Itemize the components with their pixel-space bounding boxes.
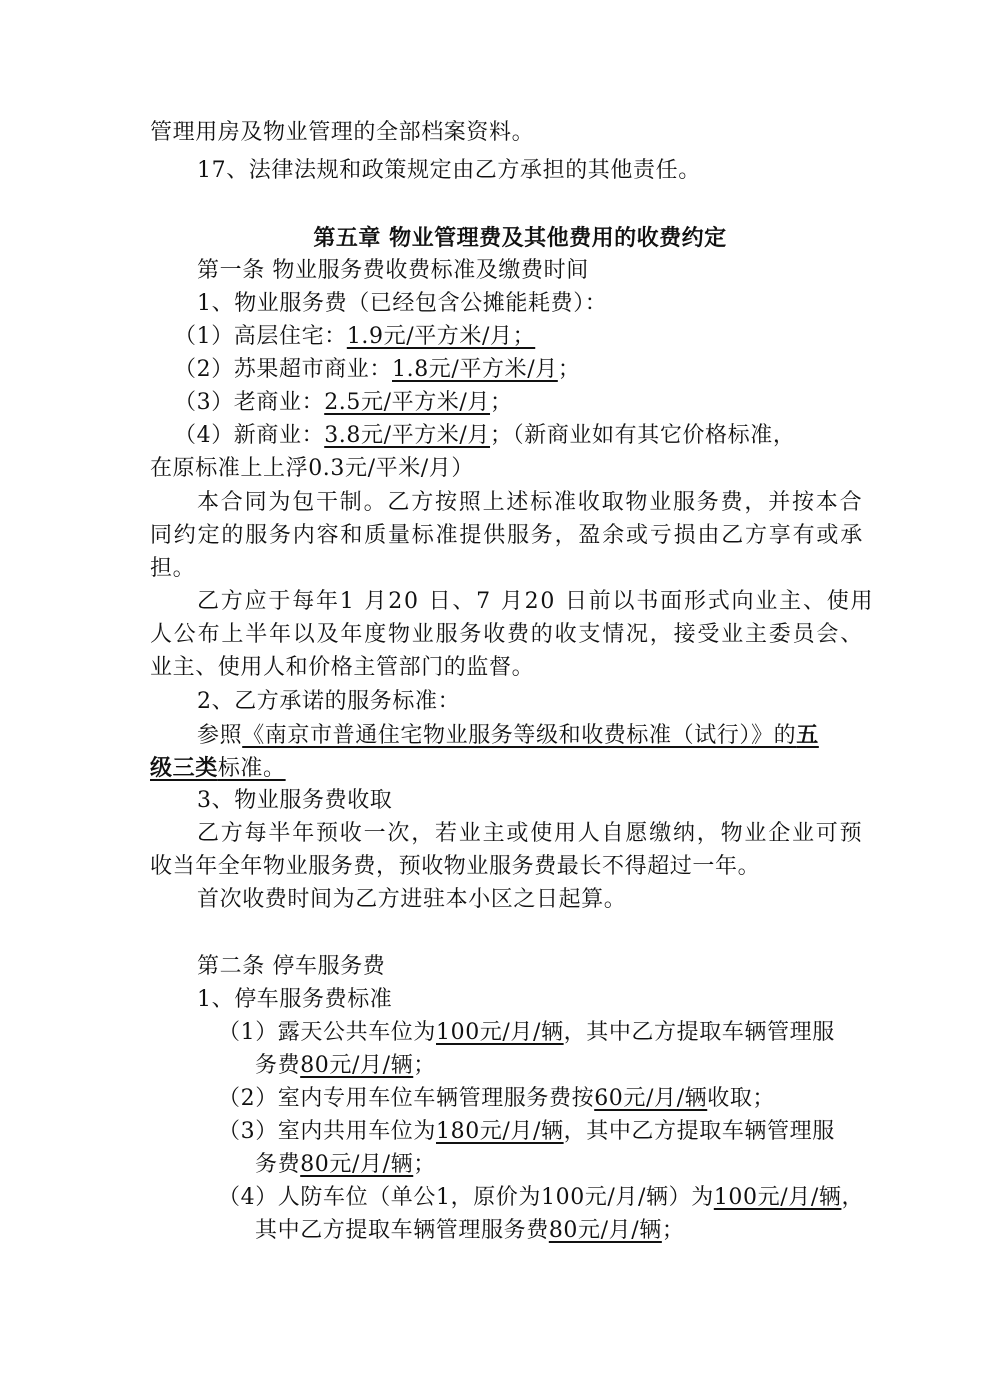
text-line: 管理用房及物业管理的全部档案资料。 [150,118,534,148]
text-tail: 标准。 [218,756,286,781]
fee-suffix: ；（新商业如有其它价格标准， [490,423,795,448]
fee-label: （2）苏果超市商业： [174,357,392,382]
parking-item-civil-defense: （4）人防车位（单公1，原价为100元/月/辆）为100元/月/辆， [218,1183,864,1213]
parking-item-indoor-private: （2）室内专用车位车辆管理服务费按60元/月/辆收取； [218,1084,775,1114]
fee-value: 1.8元/平方米/月 [392,357,558,382]
fee-suffix: ； [558,357,581,382]
section-title: 2、乙方承诺的服务标准： [197,687,460,717]
fee-item-old-commercial: （3）老商业：2.5元/平方米/月； [174,388,513,418]
parking-item-indoor-shared-cont: 务费80元/月/辆； [255,1150,436,1180]
text-line: 收当年全年物业服务费，预收物业服务费最长不得超过一年。 [150,852,760,882]
item-text: 务费 [255,1152,300,1177]
item-text: 务费 [255,1053,300,1078]
section-title: 1、物业服务费（已经包含公摊能耗费）： [197,289,607,319]
text-line: 同约定的服务内容和质量标准提供服务，盈余或亏损由乙方享有或承 [150,521,864,551]
text-prefix: 参照 [197,723,242,748]
item-value: 180元/月/辆 [436,1119,564,1144]
item-value: 80元/月/辆 [300,1053,413,1078]
item-text: 其中乙方提取车辆管理服务费 [255,1218,549,1243]
fee-label: （4）新商业： [174,423,324,448]
item-suffix: ； [413,1152,436,1177]
item-text: ，其中乙方提取车辆管理服 [564,1119,835,1144]
standard-level: 五 [796,722,819,748]
text-line: 业主、使用人和价格主管部门的监督。 [150,653,534,683]
parking-item-civil-defense-cont: 其中乙方提取车辆管理服务费80元/月/辆； [255,1216,684,1246]
parking-item-outdoor-cont: 务费80元/月/辆； [255,1051,436,1081]
section-title: 3、物业服务费收取 [197,786,392,816]
item-label: （3）室内共用车位为 [218,1119,436,1144]
item-value: 80元/月/辆 [549,1218,662,1243]
item-label: （1）露天公共车位为 [218,1020,436,1045]
item-value: 80元/月/辆 [300,1152,413,1177]
text-line: 担。 [150,554,195,584]
article-title: 第二条 停车服务费 [197,952,385,982]
chapter-title: 第五章 物业管理费及其他费用的收费约定 [150,223,890,253]
item-text: ，其中乙方提取车辆管理服 [564,1020,835,1045]
fee-label: （1）高层住宅： [174,324,347,349]
text-line: 17、法律法规和政策规定由乙方承担的其他责任。 [197,156,701,186]
fee-item-supermarket: （2）苏果超市商业：1.8元/平方米/月； [174,355,580,385]
text-line: 在原标准上上浮0.3元/平米/月） [150,454,474,484]
text-line: 乙方每半年预收一次，若业主或使用人自愿缴纳，物业企业可预 [197,819,863,849]
item-suffix: ； [662,1218,685,1243]
article-title: 第一条 物业服务费收费标准及缴费时间 [197,256,589,286]
standard-reference: 《南京市普通住宅物业服务等级和收费标准（试行）》的 [242,723,796,748]
service-standard-line: 参照《南京市普通住宅物业服务等级和收费标准（试行）》的五 [197,720,819,751]
fee-value: 1.9元/平方米/月； [347,324,535,349]
item-label: （2）室内专用车位车辆管理服务费按 [218,1086,594,1111]
item-value: 100元/月/辆 [436,1020,564,1045]
fee-value: 3.8元/平方米/月 [324,423,490,448]
item-value: 60元/月/辆 [594,1086,707,1111]
parking-item-indoor-shared: （3）室内共用车位为180元/月/辆，其中乙方提取车辆管理服 [218,1117,835,1147]
item-label: （4）人防车位（单公1，原价为100元/月/辆）为 [218,1185,714,1210]
text-line: 首次收费时间为乙方进驻本小区之日起算。 [197,885,626,915]
text-line: 乙方应于每年1 月20 日、7 月20 日前以书面形式向业主、使用 [197,587,874,617]
text-line: 本合同为包干制。乙方按照上述标准收取物业服务费，并按本合 [197,488,863,518]
fee-suffix: ； [490,390,513,415]
item-value: 100元/月/辆 [714,1185,842,1210]
item-suffix: ， [841,1185,864,1210]
text-line: 人公布上半年以及年度物业服务收费的收支情况，接受业主委员会、 [150,620,864,650]
fee-value: 2.5元/平方米/月 [324,390,490,415]
standard-level: 级三类 [150,755,218,781]
service-standard-cont: 级三类标准。 [150,753,286,784]
fee-item-highrise: （1）高层住宅：1.9元/平方米/月； [174,322,535,352]
item-suffix: 收取； [707,1086,775,1111]
section-title: 1、停车服务费标准 [197,985,392,1015]
fee-item-new-commercial: （4）新商业：3.8元/平方米/月；（新商业如有其它价格标准， [174,421,795,451]
fee-label: （3）老商业： [174,390,324,415]
parking-item-outdoor: （1）露天公共车位为100元/月/辆，其中乙方提取车辆管理服 [218,1018,835,1048]
item-suffix: ； [413,1053,436,1078]
